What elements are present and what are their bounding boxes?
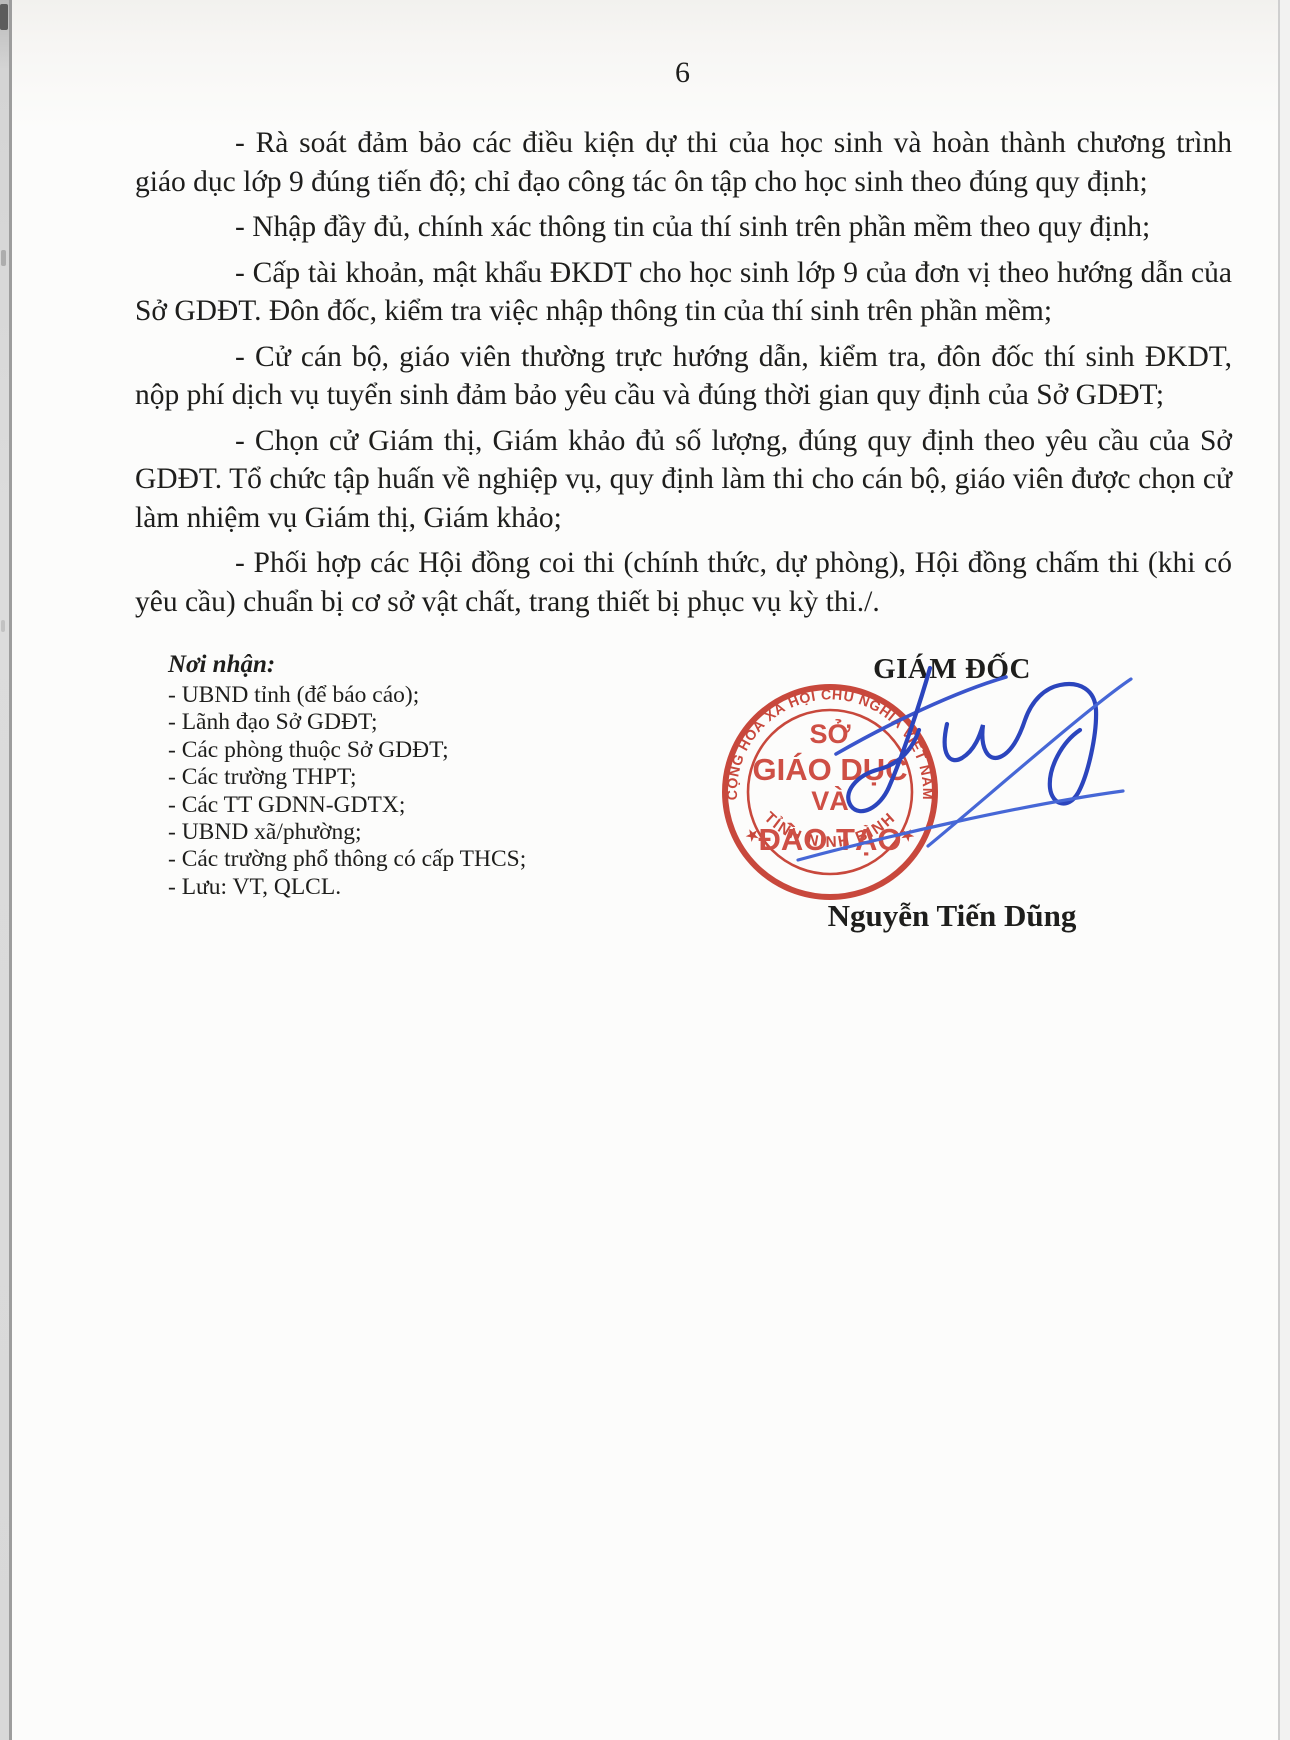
handwritten-signature <box>780 618 1200 880</box>
body-paragraph: - Nhập đầy đủ, chính xác thông tin của t… <box>135 208 1232 247</box>
signer-name: Nguyễn Tiến Dũng <box>792 898 1112 934</box>
document-page: 6 - Rà soát đảm bảo các điều kiện dự thi… <box>0 0 1290 1740</box>
recipient-item: - Lãnh đạo Sở GDĐT; <box>168 709 688 736</box>
document-body: - Rà soát đảm bảo các điều kiện dự thi c… <box>135 124 1232 628</box>
recipient-item: - Lưu: VT, QLCL. <box>168 874 688 901</box>
recipients-title: Nơi nhận: <box>168 650 688 680</box>
scan-smudge <box>0 4 8 30</box>
signature-stroke-letters <box>945 684 1096 803</box>
body-paragraph: - Chọn cử Giám thị, Giám khảo đủ số lượn… <box>135 422 1232 538</box>
scan-smudge <box>1 250 6 266</box>
body-paragraph: - Cử cán bộ, giáo viên thường trực hướng… <box>135 338 1232 415</box>
recipient-item: - Các TT GDNN-GDTX; <box>168 792 688 819</box>
recipient-item: - Các phòng thuộc Sở GDĐT; <box>168 737 688 764</box>
recipients-block: Nơi nhận: - UBND tỉnh (để báo cáo); - Lã… <box>168 650 688 901</box>
recipient-item: - Các trường phổ thông có cấp THCS; <box>168 846 688 873</box>
page-number: 6 <box>135 56 1230 90</box>
recipient-item: - UBND tỉnh (để báo cáo); <box>168 682 688 709</box>
scan-right-edge <box>1280 0 1290 1740</box>
recipient-item: - Các trường THPT; <box>168 764 688 791</box>
scan-left-edge-line <box>9 0 12 1740</box>
body-paragraph: - Phối hợp các Hội đồng coi thi (chính t… <box>135 544 1232 621</box>
recipient-item: - UBND xã/phường; <box>168 819 688 846</box>
signature-stroke-crossbar <box>836 677 1006 754</box>
scan-smudge <box>1 620 5 632</box>
body-paragraph: - Rà soát đảm bảo các điều kiện dự thi c… <box>135 124 1232 201</box>
body-paragraph: - Cấp tài khoản, mật khẩu ĐKDT cho học s… <box>135 254 1232 331</box>
